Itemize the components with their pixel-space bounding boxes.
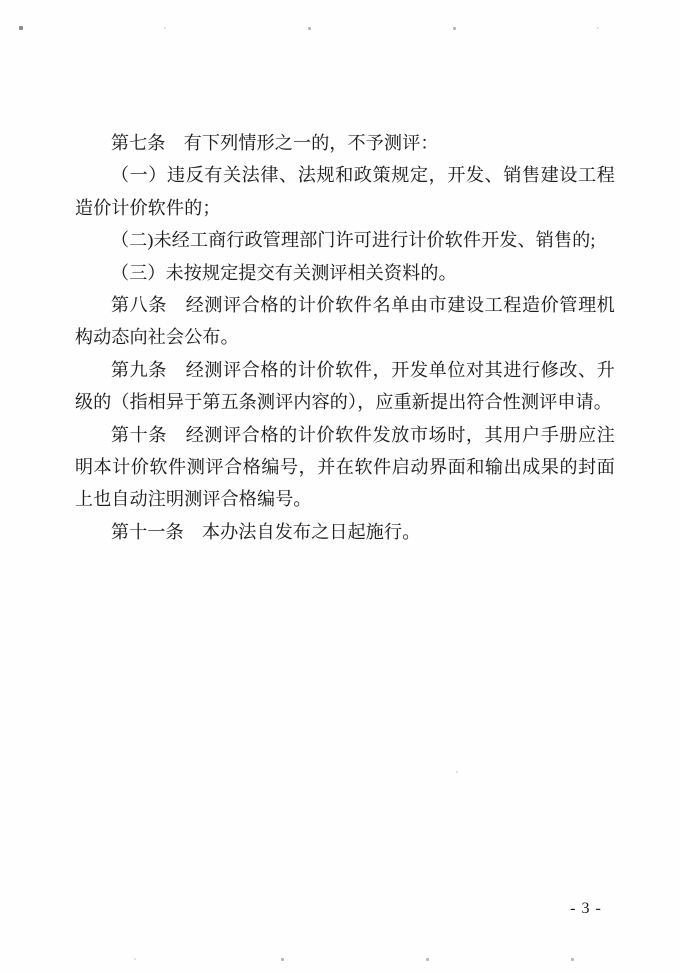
text-line: 第七条 有下列情形之一的，不予测评： (75, 127, 615, 159)
scan-speck (426, 958, 429, 961)
scan-speck (19, 26, 23, 30)
page-number: - 3 - (552, 899, 620, 919)
scan-speck (134, 958, 136, 960)
text-line: 构动态向社会公布。 (75, 321, 615, 353)
text-line: （一）违反有关法律、法规和政策规定，开发、销售建设工程 (75, 159, 615, 191)
text-line: 第九条 经测评合格的计价软件，开发单位对其进行修改、升 (75, 354, 615, 386)
text-line: 第八条 经测评合格的计价软件名单由市建设工程造价管理机 (75, 289, 615, 321)
scan-speck (164, 27, 166, 29)
text-line: （二)未经工商行政管理部门许可进行计价软件开发、销售的; (75, 224, 615, 256)
scan-speck (453, 27, 456, 30)
scan-speck (571, 958, 574, 961)
scanned-document-page: 第七条 有下列情形之一的，不予测评：（一）违反有关法律、法规和政策规定，开发、销… (0, 0, 680, 973)
text-line: （三）未按规定提交有关测评相关资料的。 (75, 257, 615, 289)
text-line: 明本计价软件测评合格编号，并在软件启动界面和输出成果的封面 (75, 451, 615, 483)
scan-speck (456, 771, 458, 773)
text-line: 第十一条 本办法自发布之日起施行。 (75, 516, 615, 548)
scan-speck (281, 958, 284, 961)
text-line: 造价计价软件的； (75, 192, 615, 224)
scan-speck (308, 27, 311, 30)
text-line: 上也自动注明测评合格编号。 (75, 483, 615, 515)
text-line: 第十条 经测评合格的计价软件发放市场时，其用户手册应注 (75, 419, 615, 451)
scan-speck (597, 27, 599, 29)
document-body: 第七条 有下列情形之一的，不予测评：（一）违反有关法律、法规和政策规定，开发、销… (75, 127, 615, 548)
text-line: 级的（指相异于第五条测评内容的），应重新提出符合性测评申请。 (75, 386, 615, 418)
